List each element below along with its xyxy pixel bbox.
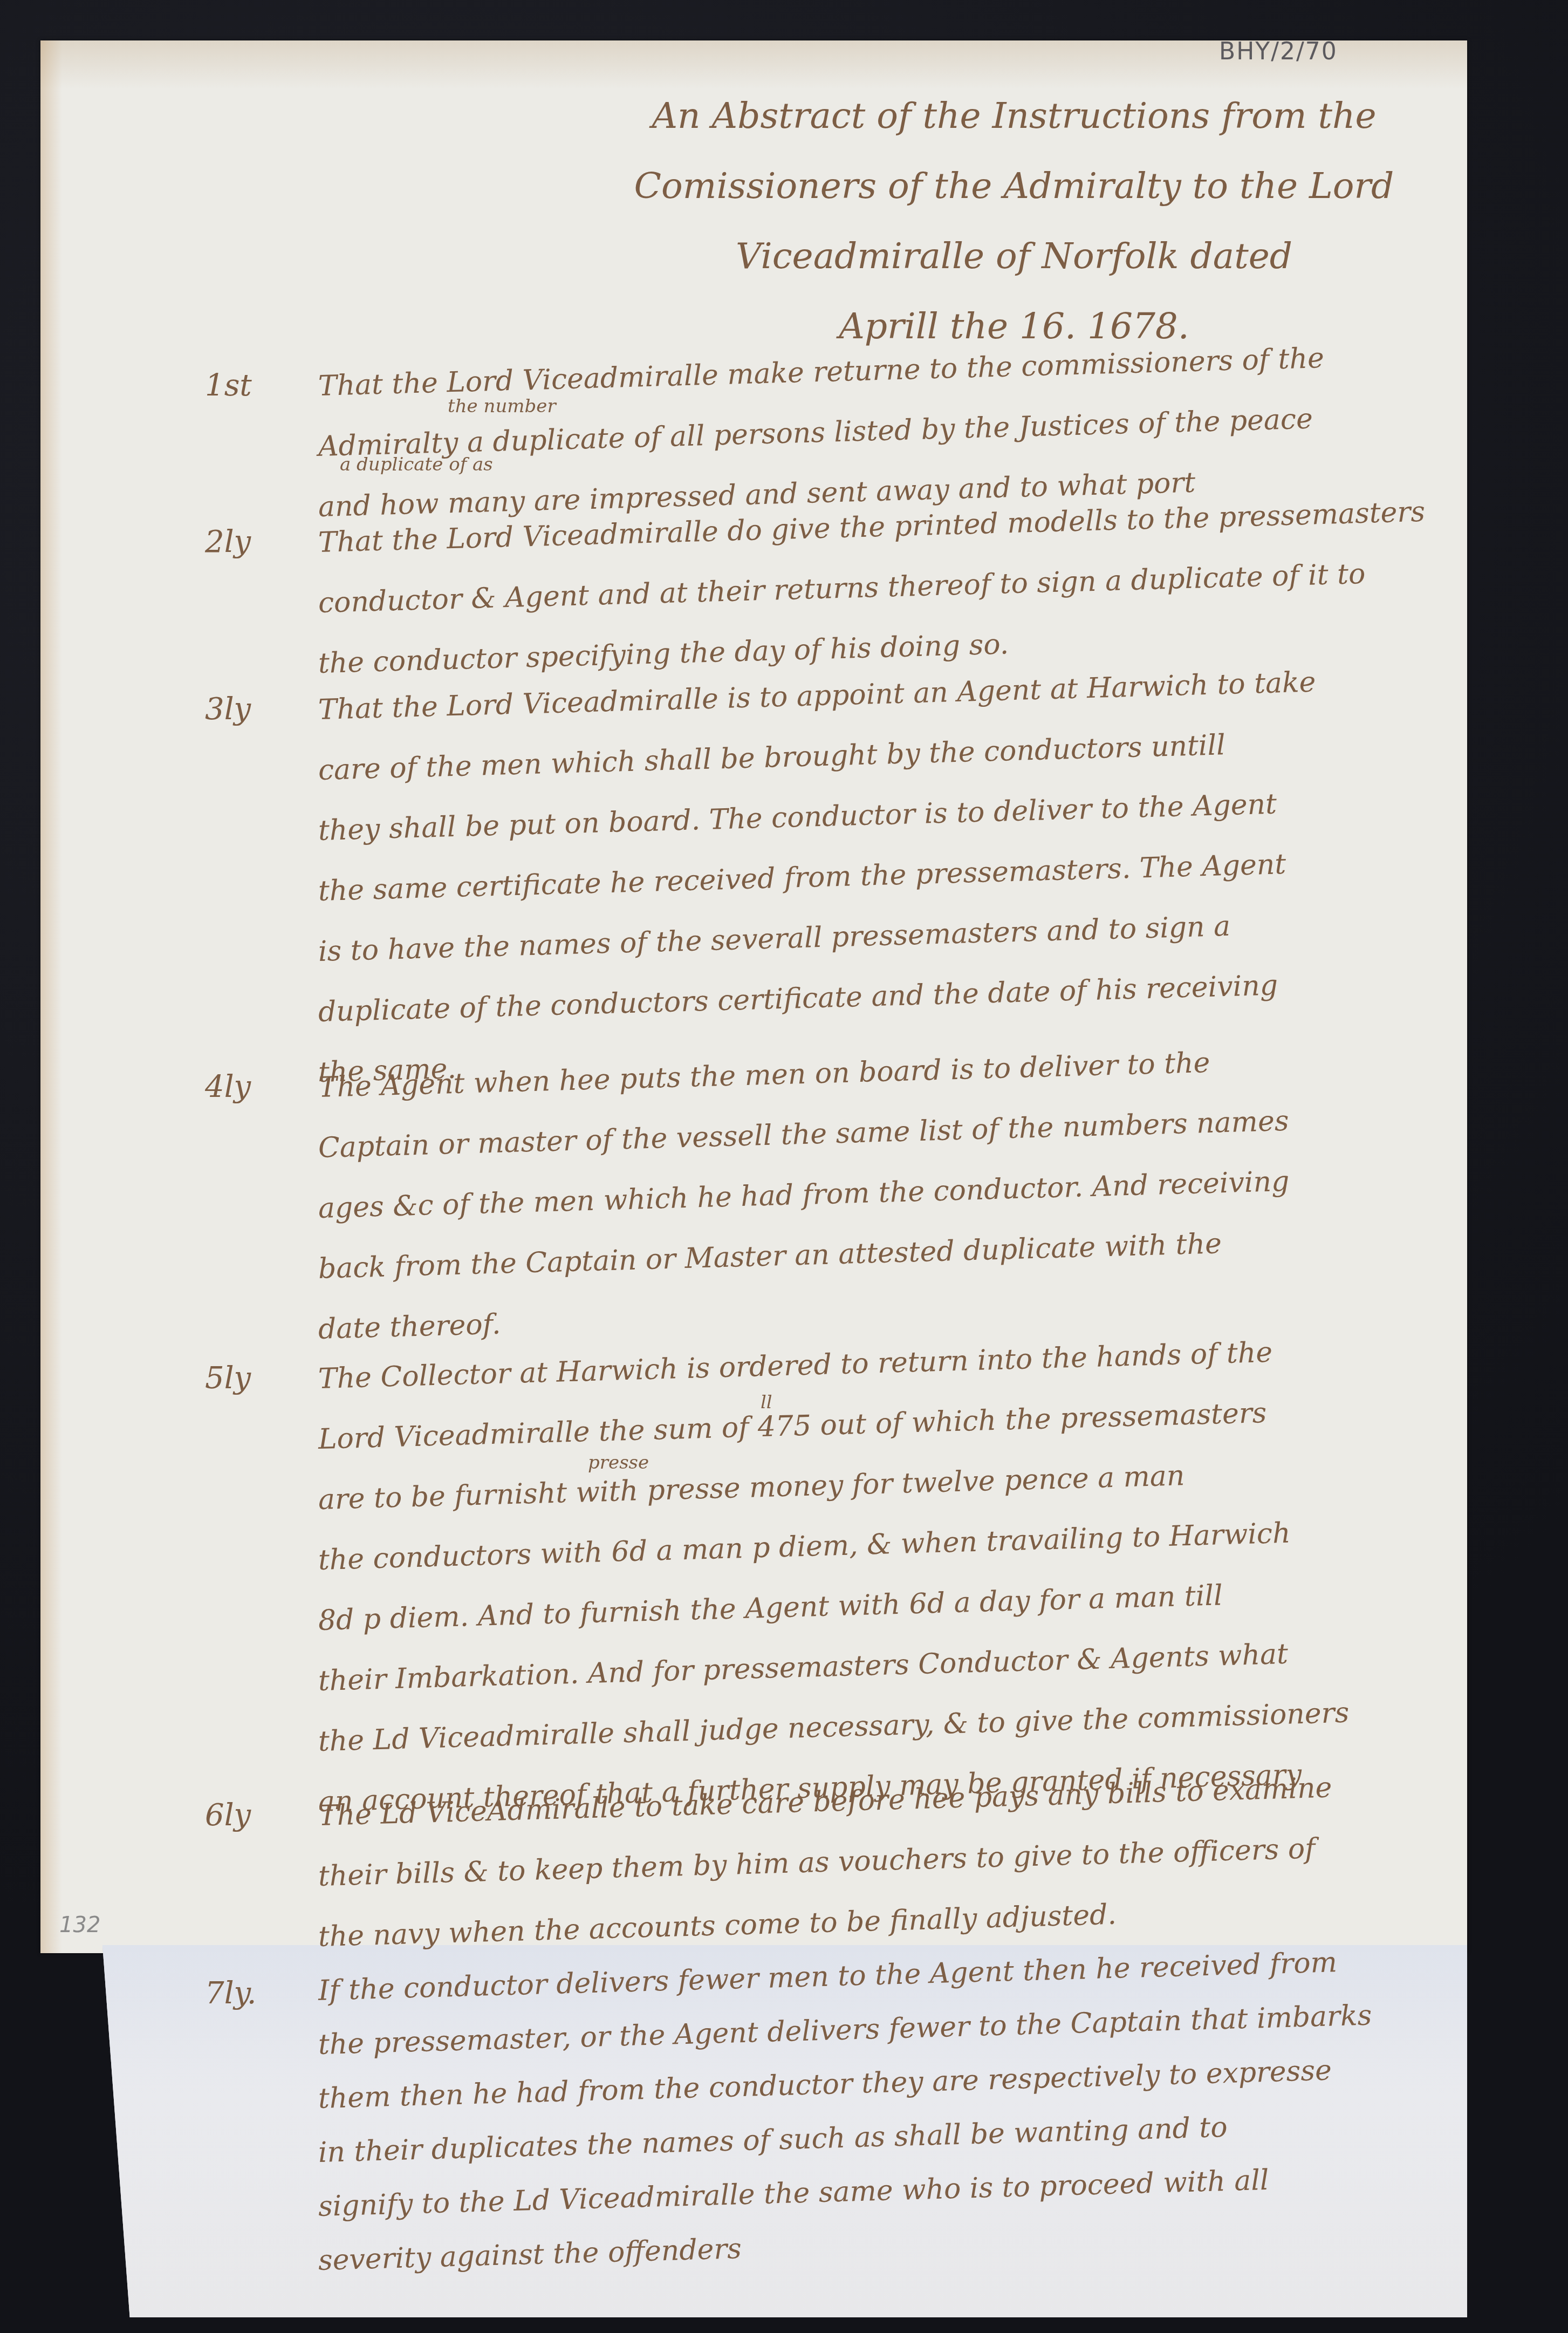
section-number: 4ly (205, 1058, 251, 1117)
section-number: 3ly (205, 680, 251, 739)
section-number: 5ly (205, 1349, 251, 1408)
section-number: 6ly (205, 1786, 251, 1845)
section-body: The Agent when hee puts the men on board… (318, 1058, 1505, 1360)
title-line: Comissioners of the Admiralty to the Lor… (583, 151, 1446, 221)
document-title: An Abstract of the Instructions from the… (583, 81, 1446, 361)
title-line: An Abstract of the Instructions from the (583, 81, 1446, 151)
section-number: 2ly (205, 513, 251, 572)
section-number: 1st (205, 356, 252, 415)
section-body: If the conductor delivers fewer men to t… (318, 1964, 1505, 2288)
folio-number: 132 (59, 1913, 100, 1938)
archive-reference: BHY/2/70 (1219, 38, 1338, 65)
title-line: Viceadmiralle of Norfolk dated (583, 221, 1446, 291)
section-number: 7ly. (205, 1964, 257, 2023)
